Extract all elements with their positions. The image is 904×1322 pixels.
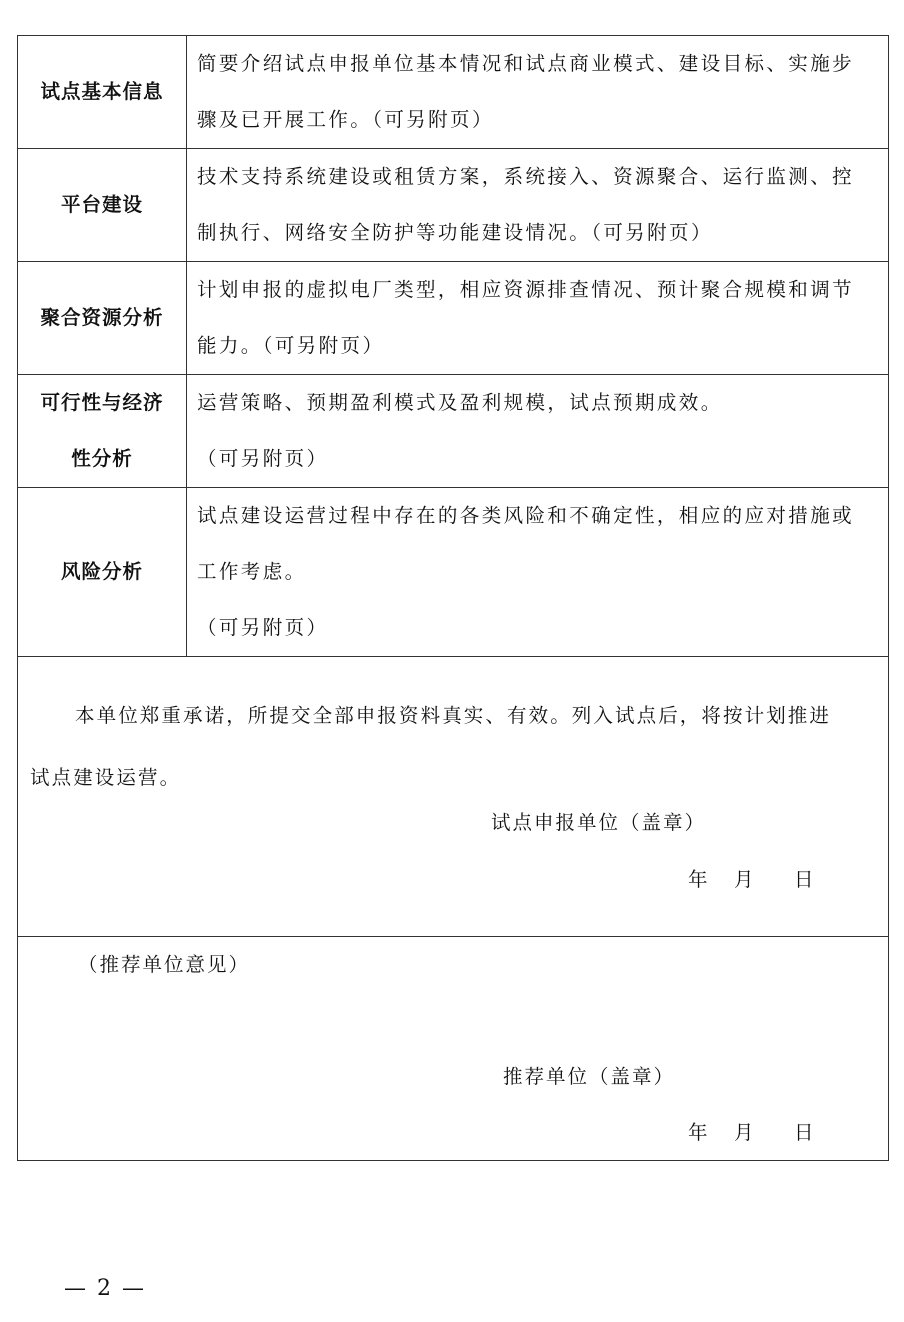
- content-line: （可另附页）: [197, 600, 878, 656]
- content-line: 制执行、网络安全防护等功能建设情况。（可另附页）: [197, 205, 878, 261]
- content-cell[interactable]: 试点建设运营过程中存在的各类风险和不确定性，相应的应对措施或 工作考虑。 （可另…: [187, 488, 889, 657]
- label-cell: 可行性与经济 性分析: [18, 375, 187, 488]
- date-day: 日: [794, 864, 814, 892]
- row-resource-analysis: 聚合资源分析 计划申报的虚拟电厂类型，相应资源排查情况、预计聚合规模和调节 能力…: [18, 262, 889, 375]
- commitment-cell[interactable]: 本单位郑重承诺，所提交全部申报资料真实、有效。列入试点后，将按计划推进 试点建设…: [18, 657, 889, 937]
- commitment-line: 本单位郑重承诺，所提交全部申报资料真实、有效。列入试点后，将按计划推进: [30, 685, 878, 747]
- page-number: — 2 —: [64, 1276, 146, 1301]
- row-recommendation: （推荐单位意见） 推荐单位（盖章） 年月日: [18, 937, 889, 1161]
- commitment-line: 试点建设运营。: [30, 747, 878, 809]
- content-line: 能力。（可另附页）: [197, 318, 878, 374]
- recommendation-cell[interactable]: （推荐单位意见） 推荐单位（盖章） 年月日: [18, 937, 889, 1161]
- content-line: 工作考虑。: [197, 544, 878, 600]
- label-cell: 平台建设: [18, 149, 187, 262]
- content-line: 骤及已开展工作。（可另附页）: [197, 92, 878, 148]
- application-form-table: 试点基本信息 简要介绍试点申报单位基本情况和试点商业模式、建设目标、实施步 骤及…: [17, 35, 889, 1161]
- row-label: 风险分析: [27, 544, 177, 600]
- row-label-line: 性分析: [27, 431, 177, 487]
- row-label: 可行性与经济 性分析: [27, 375, 177, 487]
- content-line: 计划申报的虚拟电厂类型，相应资源排查情况、预计聚合规模和调节: [197, 262, 878, 318]
- commitment-statement: 本单位郑重承诺，所提交全部申报资料真实、有效。列入试点后，将按计划推进 试点建设…: [30, 685, 878, 809]
- date-month: 月: [734, 864, 794, 892]
- label-cell: 风险分析: [18, 488, 187, 657]
- row-risk-analysis: 风险分析 试点建设运营过程中存在的各类风险和不确定性，相应的应对措施或 工作考虑…: [18, 488, 889, 657]
- recommender-seal-label: 推荐单位（盖章）: [503, 1061, 675, 1089]
- row-commitment: 本单位郑重承诺，所提交全部申报资料真实、有效。列入试点后，将按计划推进 试点建设…: [18, 657, 889, 937]
- label-cell: 试点基本信息: [18, 36, 187, 149]
- applicant-date-line: 年月日: [688, 864, 814, 892]
- content-line: 试点建设运营过程中存在的各类风险和不确定性，相应的应对措施或: [197, 488, 878, 544]
- row-label: 聚合资源分析: [27, 290, 177, 346]
- row-label: 平台建设: [27, 177, 177, 233]
- content-line: 简要介绍试点申报单位基本情况和试点商业模式、建设目标、实施步: [197, 36, 878, 92]
- content-line: 技术支持系统建设或租赁方案，系统接入、资源聚合、运行监测、控: [197, 149, 878, 205]
- content-cell[interactable]: 简要介绍试点申报单位基本情况和试点商业模式、建设目标、实施步 骤及已开展工作。（…: [187, 36, 889, 149]
- content-cell[interactable]: 计划申报的虚拟电厂类型，相应资源排查情况、预计聚合规模和调节 能力。（可另附页）: [187, 262, 889, 375]
- applicant-seal-label: 试点申报单位（盖章）: [491, 807, 706, 835]
- row-basic-info: 试点基本信息 简要介绍试点申报单位基本情况和试点商业模式、建设目标、实施步 骤及…: [18, 36, 889, 149]
- date-year: 年: [688, 1117, 734, 1145]
- content-line: （可另附页）: [197, 431, 878, 487]
- date-month: 月: [734, 1117, 794, 1145]
- row-label: 试点基本信息: [27, 64, 177, 120]
- date-year: 年: [688, 864, 734, 892]
- content-cell[interactable]: 运营策略、预期盈利模式及盈利规模，试点预期成效。 （可另附页）: [187, 375, 889, 488]
- row-feasibility-analysis: 可行性与经济 性分析 运营策略、预期盈利模式及盈利规模，试点预期成效。 （可另附…: [18, 375, 889, 488]
- label-cell: 聚合资源分析: [18, 262, 187, 375]
- row-label-line: 可行性与经济: [27, 375, 177, 431]
- content-cell[interactable]: 技术支持系统建设或租赁方案，系统接入、资源聚合、运行监测、控 制执行、网络安全防…: [187, 149, 889, 262]
- date-day: 日: [794, 1117, 814, 1145]
- recommender-date-line: 年月日: [688, 1117, 814, 1145]
- content-line: 运营策略、预期盈利模式及盈利规模，试点预期成效。: [197, 375, 878, 431]
- recommendation-opinion-label: （推荐单位意见）: [78, 949, 250, 977]
- row-platform-construction: 平台建设 技术支持系统建设或租赁方案，系统接入、资源聚合、运行监测、控 制执行、…: [18, 149, 889, 262]
